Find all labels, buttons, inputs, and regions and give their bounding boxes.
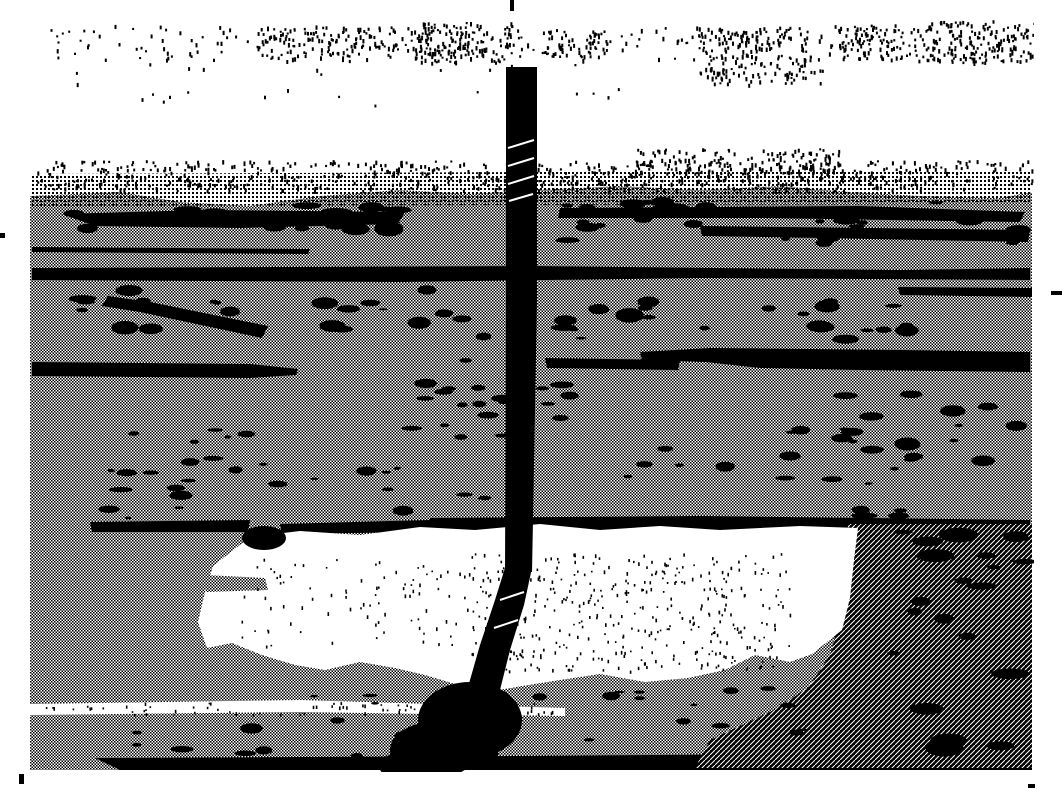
edge-mark-bottom-right — [1028, 784, 1035, 788]
streak-low-left-a — [90, 520, 250, 532]
halftone-photo-svg — [0, 0, 1063, 789]
edge-mark-top — [510, 0, 514, 11]
patent-photo-figure — [0, 0, 1063, 789]
edge-mark-bottom-left — [19, 774, 24, 784]
edge-mark-right — [1051, 291, 1062, 295]
pole-shaft — [505, 67, 537, 572]
edge-mark-left — [0, 233, 5, 238]
patch-dark-notch — [242, 526, 286, 550]
